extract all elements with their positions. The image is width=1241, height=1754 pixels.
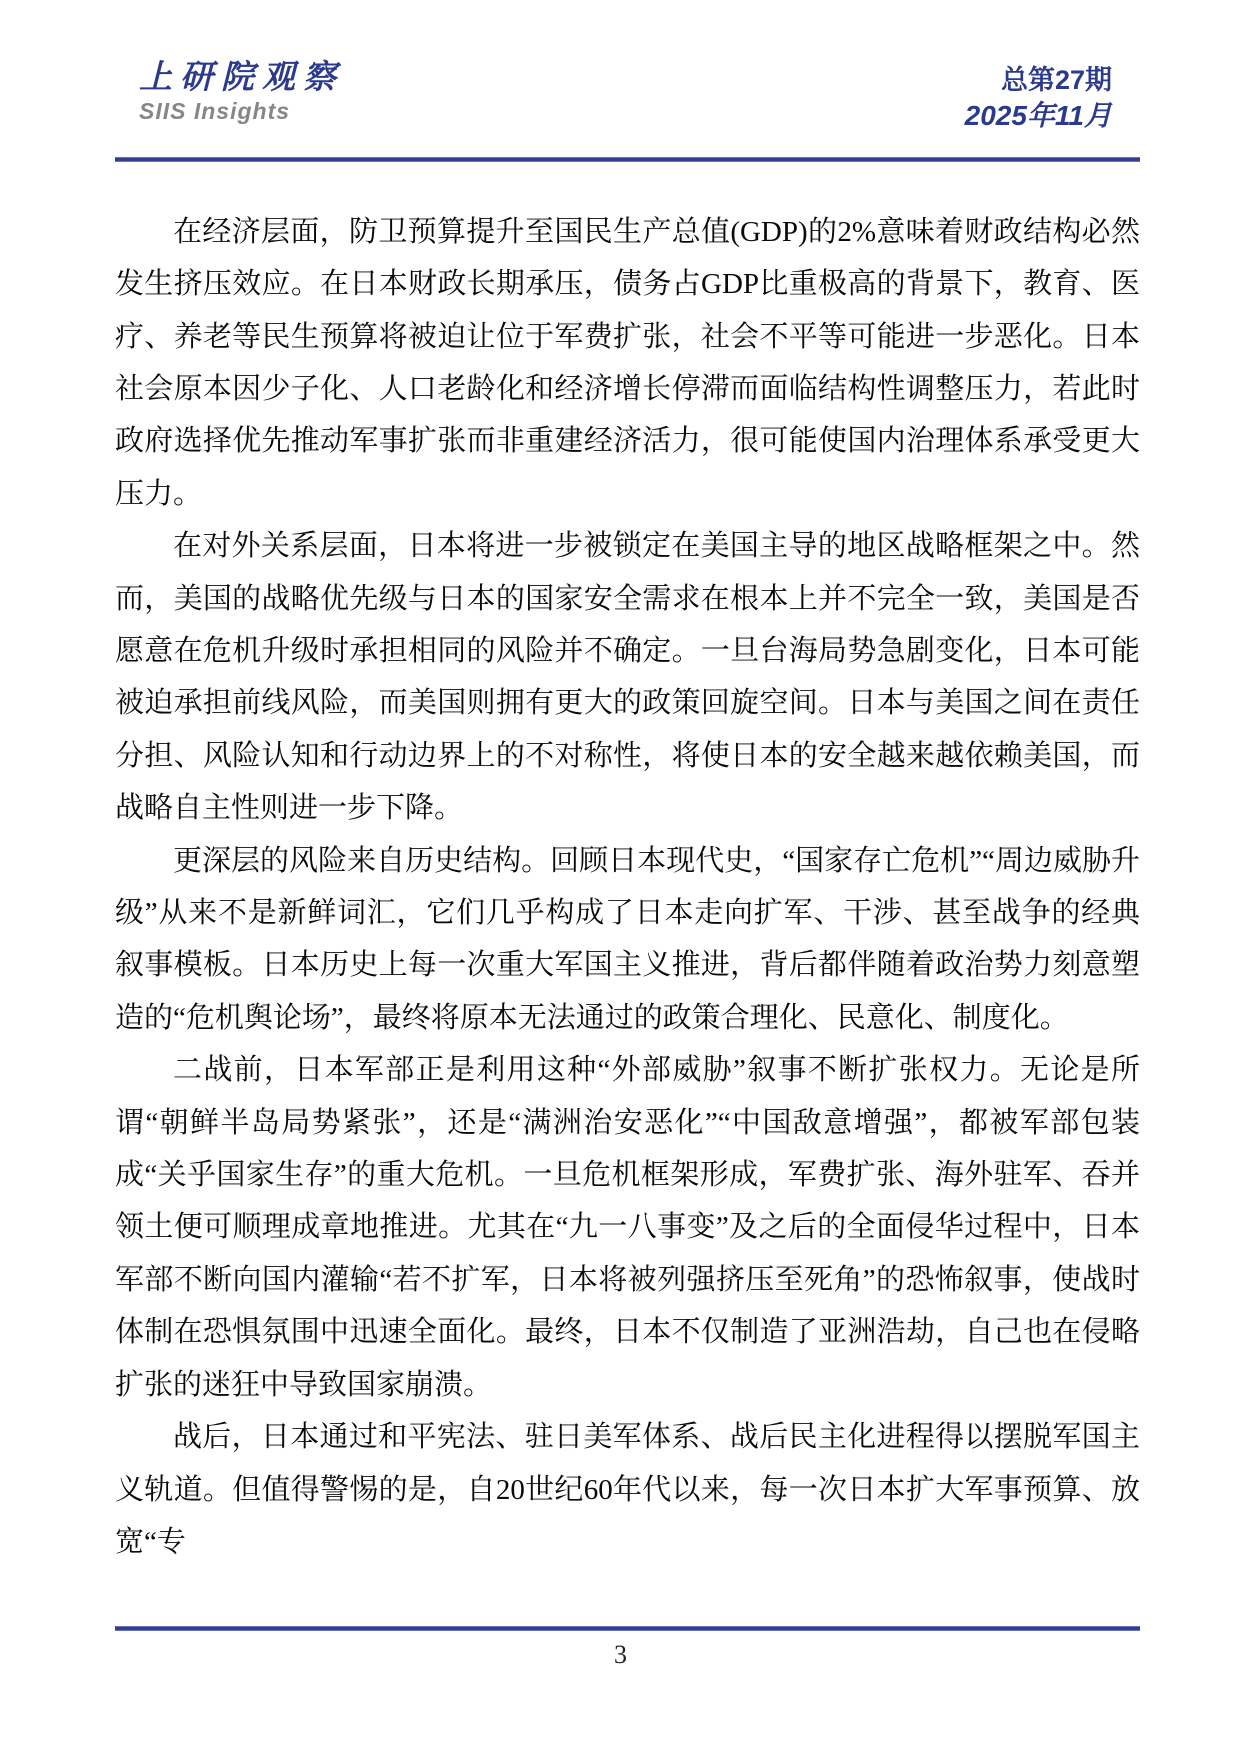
footer-divider [115, 1626, 1140, 1631]
logo-english-title: SIIS Insights [139, 98, 344, 125]
body-paragraph-foreign-relations: 在对外关系层面，日本将进一步被锁定在美国主导的地区战略框架之中。然而，美国的战略… [115, 520, 1140, 834]
body-paragraph-historical-structure: 更深层的风险来自历史结构。回顾日本现代史，“国家存亡危机”“周边威胁升级”从来不… [115, 835, 1140, 1045]
page-header: 上研院观察 SIIS Insights 总第27期 2025年11月 [0, 0, 1241, 133]
body-paragraph-postwar: 战后，日本通过和平宪法、驻日美军体系、战后民主化进程得以摆脱军国主义轨道。但值得… [115, 1411, 1140, 1568]
issue-number: 总第27期 [965, 64, 1112, 98]
body-paragraph-economy: 在经济层面，防卫预算提升至国民生产总值(GDP)的2%意味着财政结构必然发生挤压… [115, 206, 1140, 520]
page-number: 3 [0, 1640, 1241, 1670]
issue-info: 总第27期 2025年11月 [965, 64, 1112, 133]
document-page: 上研院观察 SIIS Insights 总第27期 2025年11月 在经济层面… [0, 0, 1241, 1754]
article-body: 在经济层面，防卫预算提升至国民生产总值(GDP)的2%意味着财政结构必然发生挤压… [115, 206, 1140, 1569]
logo-chinese-title: 上研院观察 [139, 58, 344, 96]
publication-logo: 上研院观察 SIIS Insights [139, 58, 344, 125]
issue-date: 2025年11月 [965, 98, 1112, 133]
body-paragraph-prewar-military: 二战前，日本军部正是利用这种“外部威胁”叙事不断扩张权力。无论是所谓“朝鲜半岛局… [115, 1044, 1140, 1411]
header-divider [115, 157, 1140, 162]
